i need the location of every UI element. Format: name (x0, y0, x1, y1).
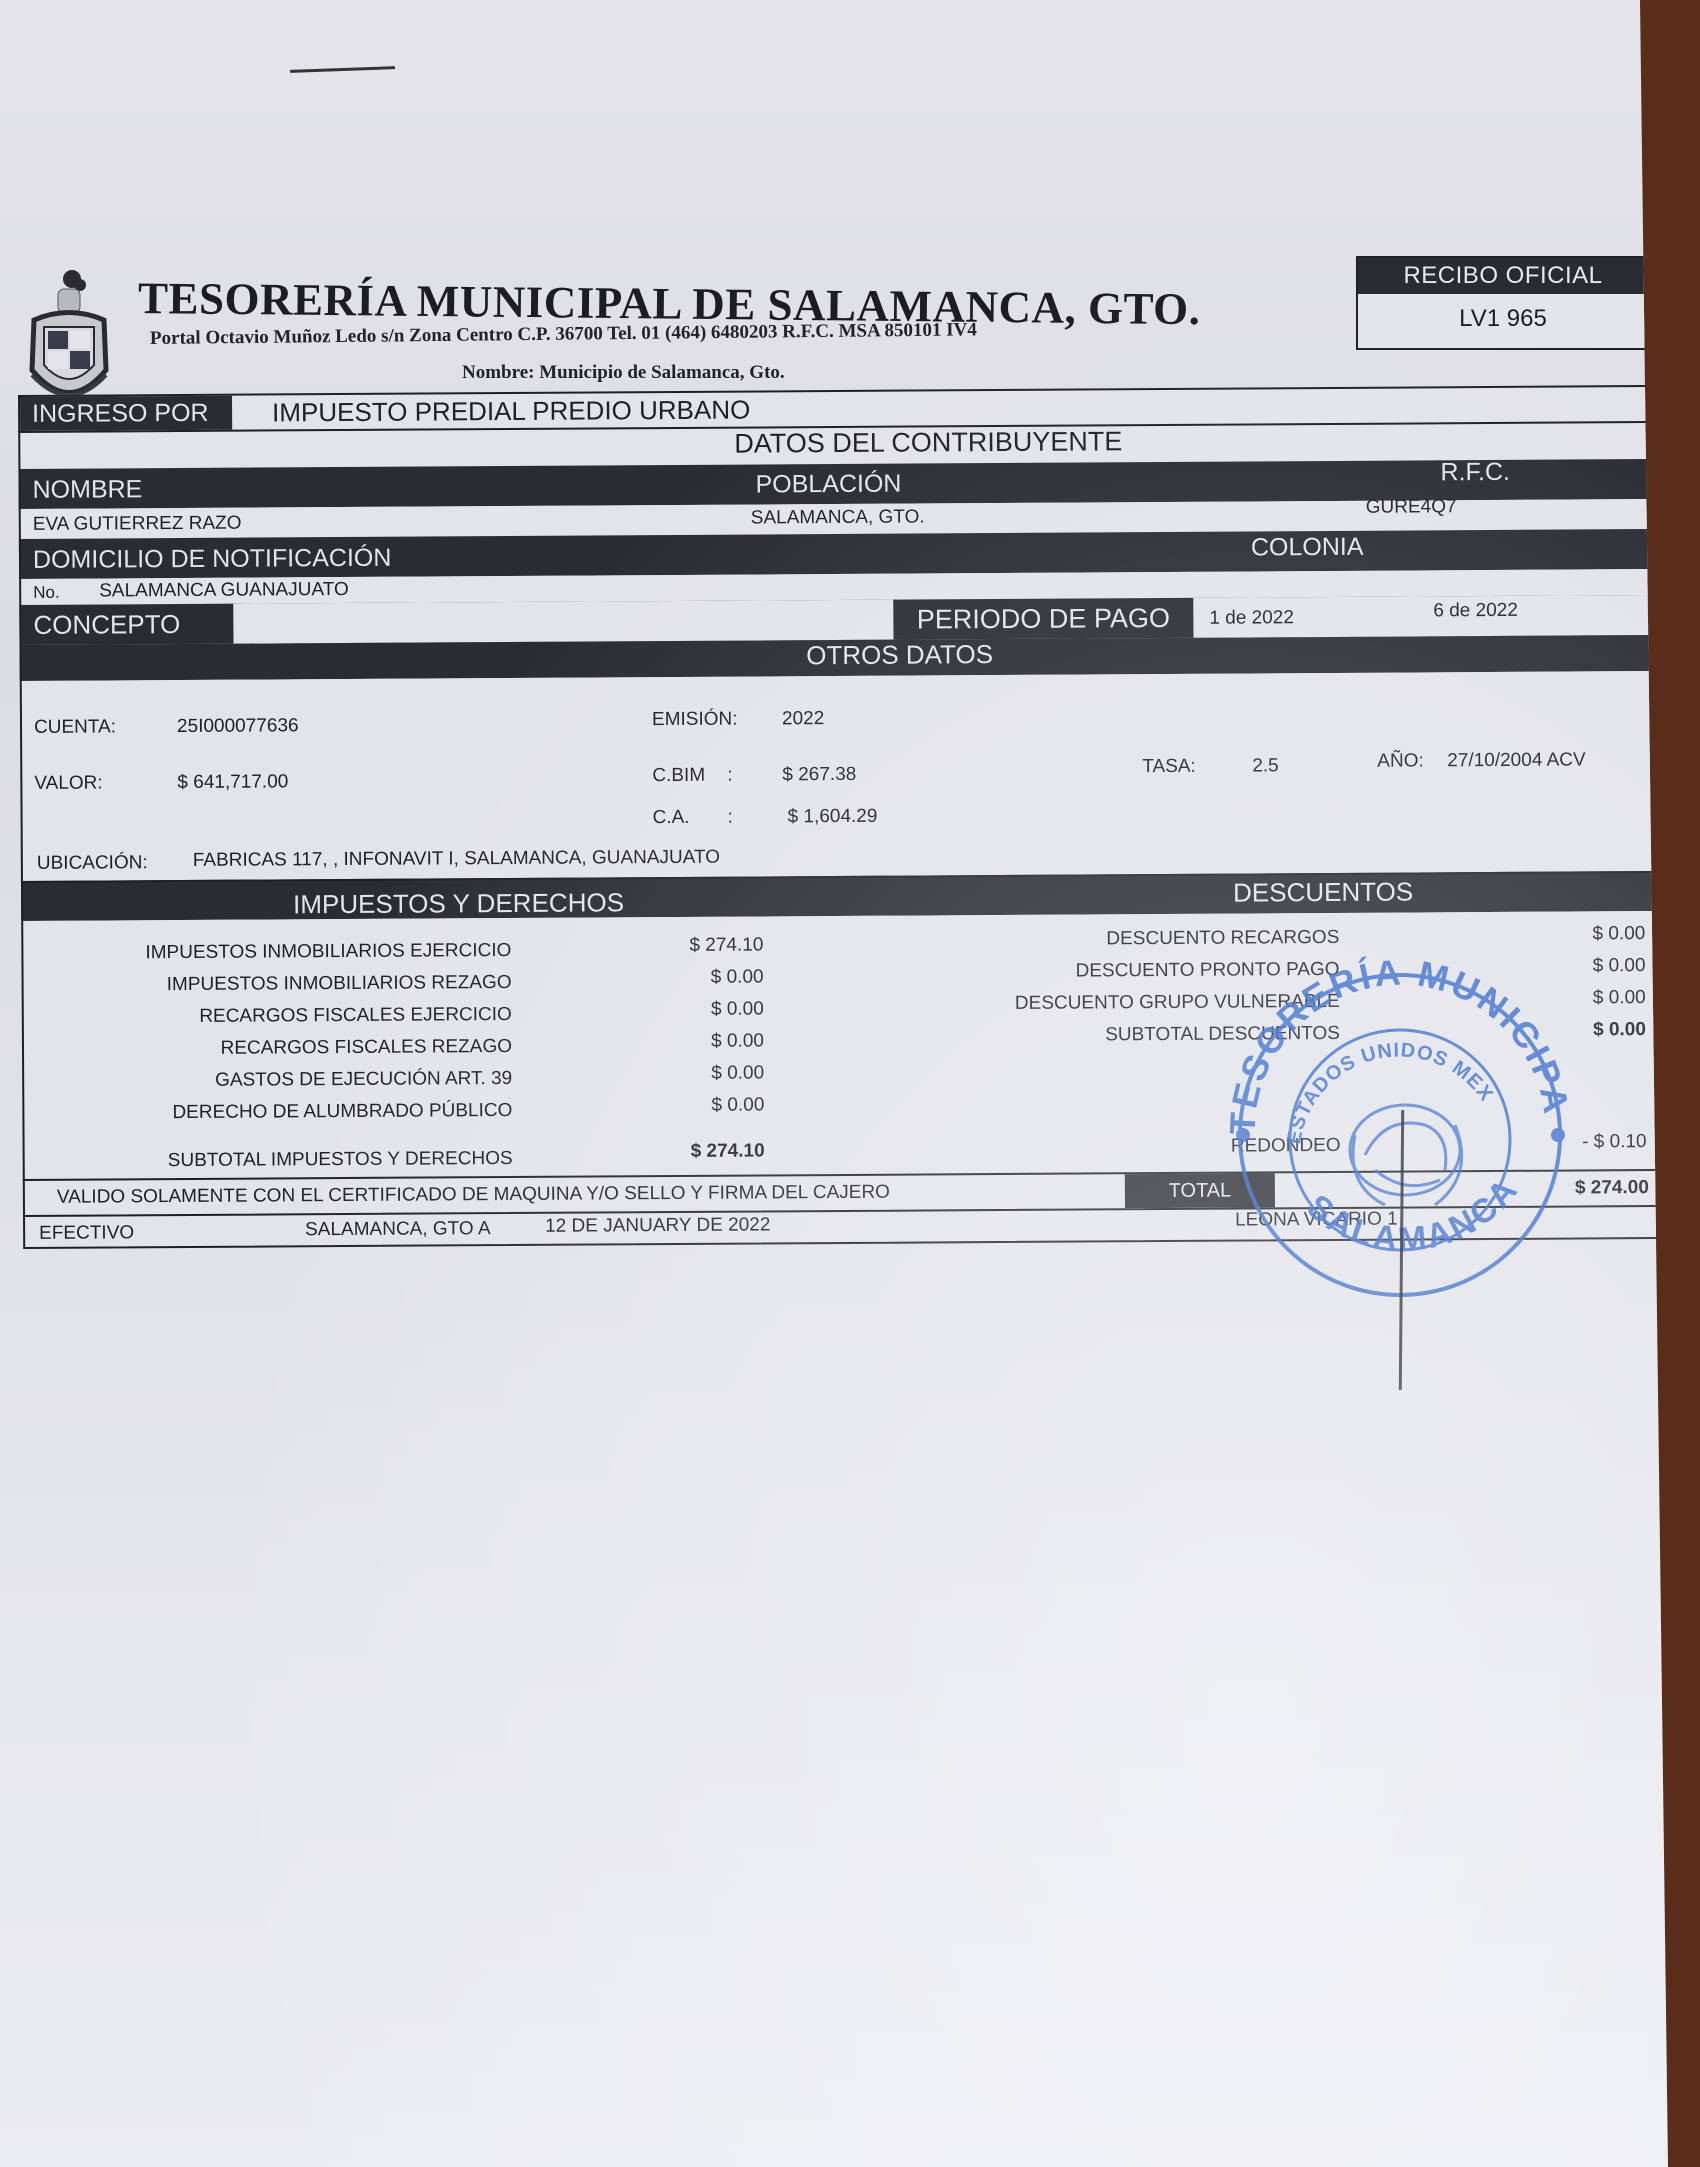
cbim-value: $ 267.38 (782, 764, 856, 786)
impuestos-subtotal-label: SUBTOTAL IMPUESTOS Y DERECHOS (168, 1148, 513, 1172)
otros-datos-body: CUENTA: 25I000077636 EMISIÓN: 2022 VALOR… (20, 671, 1661, 881)
tasa-value: 2.5 (1252, 755, 1279, 777)
colonia-label: COLONIA (1251, 533, 1364, 563)
cbim-label: C.BIM (652, 765, 705, 787)
payment-date: 12 DE JANUARY DE 2022 (545, 1214, 770, 1237)
pen-mark (290, 66, 395, 73)
descuentos-title: DESCUENTOS (1233, 876, 1413, 908)
descuento-item-amount: $ 0.00 (1593, 987, 1646, 1009)
impuestos-descuentos-body: IMPUESTOS INMOBILIARIOS EJERCICIO$ 274.1… (21, 911, 1663, 1179)
header-municipality-name: Nombre: Municipio de Salamanca, Gto. (462, 362, 785, 384)
coat-of-arms-icon (22, 265, 117, 410)
valor-value: $ 641,717.00 (177, 771, 288, 794)
domicilio-no-label: No. (33, 583, 60, 603)
impuesto-item-amount: $ 0.00 (664, 966, 764, 989)
impuestos-title: IMPUESTOS Y DERECHOS (293, 887, 624, 920)
cashier-office: LEONA VICARIO 1 (1235, 1209, 1398, 1232)
total-value: $ 274.00 (1275, 1171, 1661, 1207)
ca-sep: : (728, 807, 733, 829)
descuento-item-amount: $ 0.00 (1593, 955, 1646, 977)
ca-value: $ 1,604.29 (788, 806, 878, 829)
cuenta-value: 25I000077636 (177, 715, 299, 738)
descuento-item-label: DESCUENTO PRONTO PAGO (1076, 959, 1340, 983)
poblacion-label: POBLACIÓN (755, 470, 901, 500)
receipt-form: INGRESO POR IMPUESTO PREDIAL PREDIO URBA… (18, 385, 1663, 1249)
nombre-value: EVA GUTIERREZ RAZO (33, 513, 242, 536)
receipt-number-box: RECIBO OFICIAL LV1 965 (1356, 256, 1650, 350)
descuento-item-label: DESCUENTO GRUPO VULNERABLE (1015, 991, 1340, 1015)
receipt-folio: LV1 965 (1358, 294, 1648, 344)
impuesto-item-label: GASTOS DE EJECUCIÓN ART. 39 (215, 1068, 512, 1092)
impuesto-item-amount: $ 0.00 (664, 1094, 764, 1117)
concepto-label: CONCEPTO (21, 604, 233, 645)
emision-value: 2022 (782, 708, 824, 730)
ubicacion-label: UBICACIÓN: (37, 852, 148, 875)
anio-label: AÑO: (1377, 750, 1424, 772)
domicilio-value: SALAMANCA GUANAJUATO (99, 579, 349, 603)
domicilio-label: DOMICILIO DE NOTIFICACIÓN (33, 544, 392, 575)
anio-value: 27/10/2004 ACV (1447, 749, 1586, 772)
redondeo-label: REDONDEO (1231, 1135, 1341, 1158)
descuentos-list: DESCUENTO RECARGOS$ 0.00DESCUENTO PRONTO… (23, 921, 25, 1179)
periodo-values: 1 de 2022 6 de 2022 (1193, 595, 1657, 638)
ingreso-label: INGRESO POR (20, 396, 232, 431)
impuesto-item-label: IMPUESTOS INMOBILIARIOS REZAGO (167, 972, 512, 996)
rfc-label: R.F.C. (1440, 458, 1510, 487)
impuesto-item-amount: $ 0.00 (664, 998, 764, 1021)
impuesto-item-amount: $ 0.00 (664, 1062, 764, 1085)
impuesto-item-label: RECARGOS FISCALES EJERCICIO (199, 1004, 512, 1028)
impuesto-item-label: DERECHO DE ALUMBRADO PÚBLICO (172, 1100, 512, 1124)
nombre-label: NOMBRE (32, 475, 142, 505)
descuento-item-amount: $ 0.00 (1592, 923, 1645, 945)
impuestos-subtotal-value: $ 274.10 (665, 1140, 765, 1163)
ca-label: C.A. (653, 807, 690, 829)
poblacion-value: SALAMANCA, GTO. (751, 506, 925, 529)
payment-method: EFECTIVO (39, 1222, 134, 1245)
cuenta-label: CUENTA: (34, 716, 116, 739)
contribuyente-title: DATOS DEL CONTRIBUYENTE (554, 426, 1122, 465)
emision-label: EMISIÓN: (652, 709, 738, 732)
descuentos-subtotal-value: $ 0.00 (1593, 1019, 1646, 1041)
valor-label: VALOR: (34, 772, 102, 794)
impuesto-item-label: RECARGOS FISCALES REZAGO (221, 1036, 513, 1060)
otros-datos-title: OTROS DATOS (686, 639, 993, 677)
periodo-desde: 1 de 2022 (1209, 607, 1294, 630)
periodo-hasta: 6 de 2022 (1433, 600, 1518, 623)
impuesto-item-amount: $ 274.10 (663, 934, 763, 957)
receipt-label: RECIBO OFICIAL (1358, 258, 1648, 294)
rfc-value: GURE4Q7 (1366, 496, 1457, 519)
impuestos-list: IMPUESTOS INMOBILIARIOS EJERCICIO$ 274.1… (23, 921, 25, 1179)
tasa-label: TASA: (1142, 756, 1196, 778)
payment-place: SALAMANCA, GTO A (305, 1218, 491, 1241)
receipt-paper: TESORERÍA MUNICIPAL DE SALAMANCA, GTO. P… (0, 0, 1668, 2167)
cbim-sep: : (727, 765, 732, 787)
concepto-value (233, 600, 893, 644)
descuentos-subtotal-label: SUBTOTAL DESCUENTOS (1105, 1023, 1340, 1046)
total-label: TOTAL (1125, 1173, 1275, 1208)
ubicacion-value: FABRICAS 117, , INFONAVIT I, SALAMANCA, … (193, 847, 720, 872)
descuento-item-label: DESCUENTO RECARGOS (1106, 927, 1339, 950)
impuesto-item-amount: $ 0.00 (664, 1030, 764, 1053)
redondeo-value: - $ 0.10 (1582, 1131, 1647, 1153)
periodo-label: PERIODO DE PAGO (893, 598, 1193, 640)
impuesto-item-label: IMPUESTOS INMOBILIARIOS EJERCICIO (145, 940, 511, 964)
